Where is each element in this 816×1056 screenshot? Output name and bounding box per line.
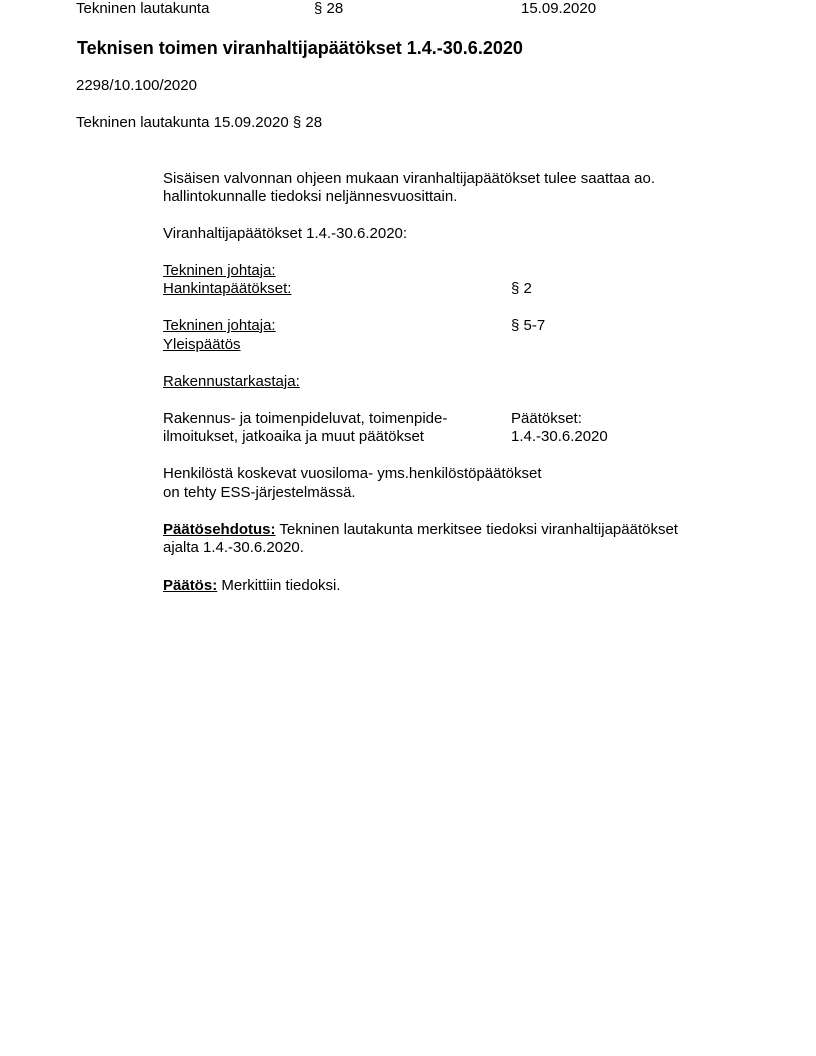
header-date: 15.09.2020: [521, 0, 596, 18]
inspector-ref-line-1: Päätökset:: [511, 410, 582, 428]
header-section: § 28: [314, 0, 343, 18]
header-committee: Tekninen lautakunta: [76, 0, 209, 18]
item-1-type: Hankintapäätökset:: [163, 280, 291, 298]
meeting-reference: Tekninen lautakunta 15.09.2020 § 28: [76, 114, 322, 132]
decision-label: Päätös:: [163, 577, 217, 594]
item-1-ref: § 2: [511, 280, 532, 298]
decisions-heading: Viranhaltijapäätökset 1.4.-30.6.2020:: [163, 225, 407, 243]
proposal-line-1: Päätösehdotus: Tekninen lautakunta merki…: [163, 521, 678, 539]
personnel-line-1: Henkilöstä koskevat vuosiloma- yms.henki…: [163, 465, 542, 483]
document-title: Teknisen toimen viranhaltijapäätökset 1.…: [77, 37, 523, 59]
item-2-type: Yleispäätös: [163, 336, 241, 354]
proposal-text: Tekninen lautakunta merkitsee tiedoksi v…: [276, 521, 678, 538]
inspector-heading: Rakennustarkastaja:: [163, 373, 300, 391]
personnel-line-2: on tehty ESS-järjestelmässä.: [163, 484, 356, 502]
intro-line-1: Sisäisen valvonnan ohjeen mukaan viranha…: [163, 170, 655, 188]
intro-line-2: hallintokunnalle tiedoksi neljännesvuosi…: [163, 188, 457, 206]
inspector-ref-line-2: 1.4.-30.6.2020: [511, 428, 608, 446]
item-2-role: Tekninen johtaja:: [163, 317, 276, 335]
item-2-ref: § 5-7: [511, 317, 545, 335]
record-number: 2298/10.100/2020: [76, 77, 197, 95]
proposal-label: Päätösehdotus:: [163, 521, 276, 538]
item-1-role: Tekninen johtaja:: [163, 262, 276, 280]
inspector-desc-line-2: ilmoitukset, jatkoaika ja muut päätökset: [163, 428, 424, 446]
inspector-desc-line-1: Rakennus- ja toimenpideluvat, toimenpide…: [163, 410, 447, 428]
proposal-line-2: ajalta 1.4.-30.6.2020.: [163, 539, 304, 557]
decision-text: Merkittiin tiedoksi.: [217, 577, 340, 594]
decision-line: Päätös: Merkittiin tiedoksi.: [163, 577, 341, 595]
